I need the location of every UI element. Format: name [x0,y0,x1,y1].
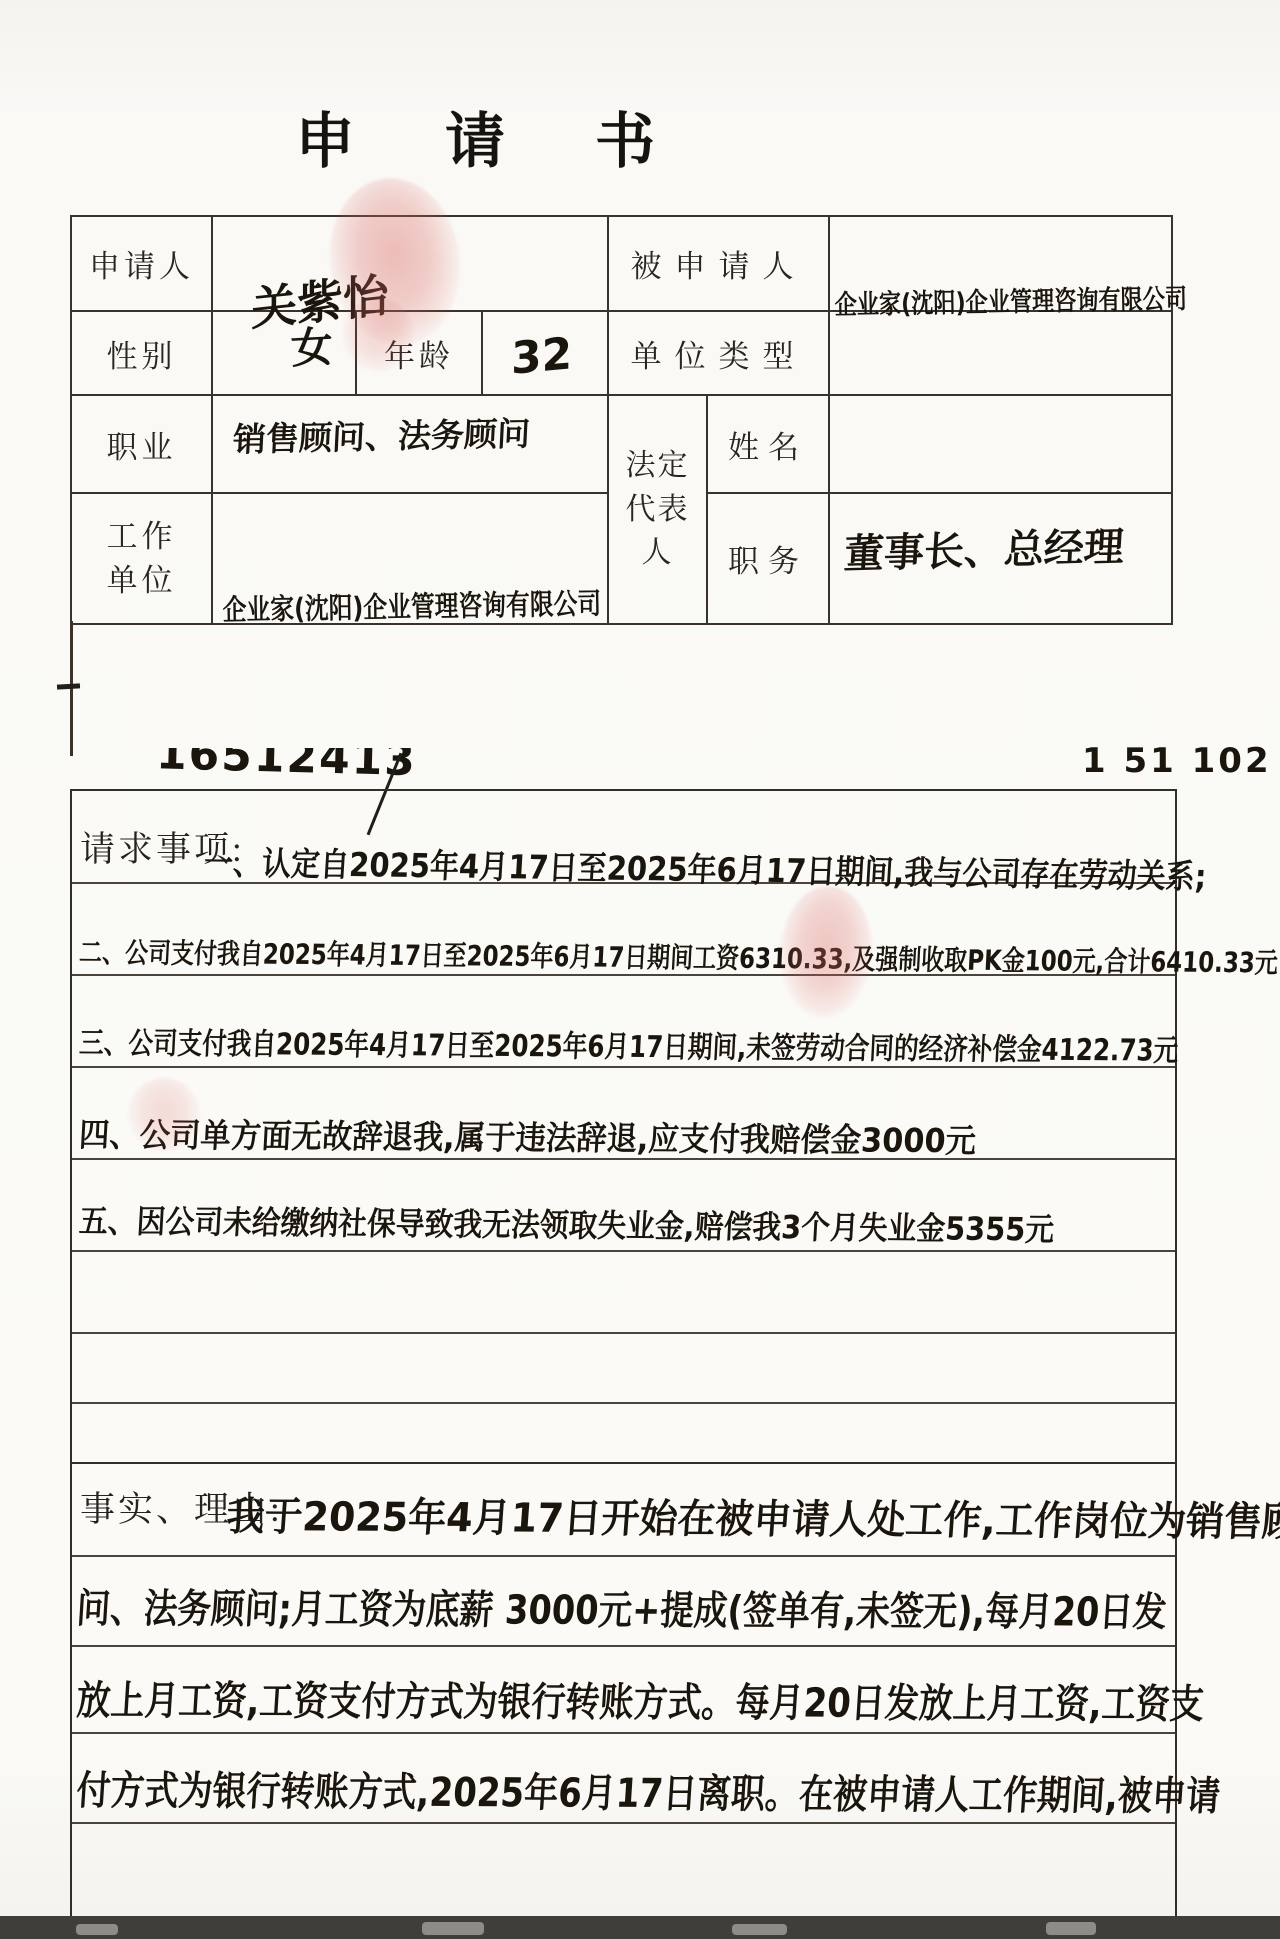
scan-edge-artifact [1046,1922,1096,1935]
facts-line-3: 放上月工资,工资支付方式为银行转账方式。每月20日发放上月工资,工资支 [75,1680,1205,1726]
request-line-4: 四、公司单方面无故辞退我,属于违法辞退,应支付我赔偿金3000元 [78,1118,977,1159]
ruled-line [72,1158,1175,1160]
respondent-label: 被申请人 [608,216,829,311]
left-number-handwriting: 16512413121 [155,748,420,787]
gender-handwriting: 女 [290,325,334,371]
rep-position-value-cell: 董事长、总经理 [829,493,1172,624]
occupation-label: 职业 [71,395,212,493]
unit-type-value-cell [829,311,1172,395]
ruled-line [72,1332,1175,1334]
age-value-cell: 32 [482,311,608,395]
page-title: 申请书 [0,94,1040,180]
ruled-line [72,1822,1175,1824]
scan-edge-artifact [76,1924,118,1935]
right-number-handwriting: 1 51 102 1900 [1082,744,1278,773]
applicant-info-table: 申请人 关紫怡 被申请人 企业家(沈阳)企业管理咨询有限公司 性别 女 年龄 3… [70,215,1173,625]
legal-rep-label: 法定代表人 [608,395,707,624]
right-number-fragment-clip: 1 51 102 1900 [1082,742,1278,773]
facts-line-1: 我于2025年4月17日开始在被申请人处工作,工作岗位为销售顾 [225,1496,1280,1544]
age-handwriting: 32 [511,331,572,383]
gender-value-cell: 女 [212,311,356,395]
scan-edge [0,1916,1280,1939]
scan-edge-artifact [732,1924,787,1935]
work-unit-handwriting: 企业家(沈阳)企业管理咨询有限公司 [222,588,601,625]
work-unit-label: 工作单位 [71,493,212,624]
work-unit-value-cell: 企业家(沈阳)企业管理咨询有限公司 [212,493,608,624]
ruled-line [72,1645,1175,1647]
rep-position-handwriting: 董事长、总经理 [843,526,1125,575]
applicant-label: 申请人 [71,216,212,311]
unit-type-label: 单位类型 [608,311,829,395]
request-line-3: 三、公司支付我自2025年4月17日至2025年6月17日期间,未签劳动合同的经… [78,1028,1179,1067]
occupation-handwriting: 销售顾问、法务顾问 [232,417,531,458]
facts-line-2: 问、法务顾问;月工资为底薪 3000元+提成(签单有,未签无),每月20日发 [75,1588,1167,1634]
gender-label: 性别 [71,311,212,395]
occupation-value-cell: 销售顾问、法务顾问 [212,395,608,493]
rep-name-value-cell [829,395,1172,493]
left-number-fragment-clip: 16512413121 [150,748,420,795]
applicant-value-cell: 关紫怡 [212,216,608,311]
scan-edge-artifact [422,1922,484,1935]
request-line-5: 五、因公司未给缴纳社保导致我无法领取失业金,赔偿我3个月失业金5355元 [78,1205,1055,1247]
respondent-value-cell: 企业家(沈阳)企业管理咨询有限公司 [829,216,1172,311]
ruled-line [72,1402,1175,1404]
rep-position-label: 职务 [707,493,829,624]
legal-rep-label-text: 法定代表人 [625,444,691,575]
stray-dash-mark [57,683,80,689]
ruled-line [72,1555,1175,1557]
ruled-line [72,1732,1175,1734]
ruled-line [72,1250,1175,1252]
application-form-scan: 申请书 申请人 关紫怡 被申请人 企业家(沈阳)企业管理咨询有限公司 性别 女 … [0,0,1280,1939]
age-label: 年龄 [356,311,482,395]
work-unit-label-text: 工作单位 [107,515,177,602]
facts-line-4: 付方式为银行转账方式,2025年6月17日离职。在被申请人工作期间,被申请 [75,1770,1221,1818]
rep-name-label: 姓名 [707,395,829,493]
